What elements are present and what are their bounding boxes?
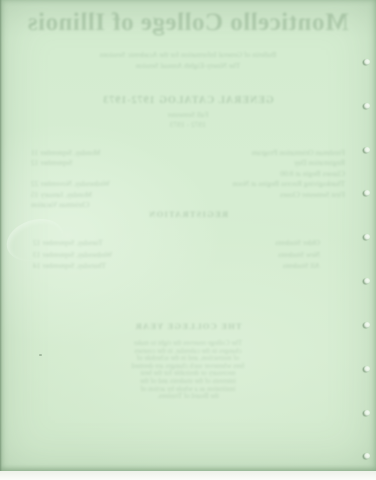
- ghost-info-row: New Students Wednesday, September 13: [33, 249, 320, 261]
- ghost-calendar-row: Classes Begin at 8:00: [31, 169, 345, 179]
- ghost-paragraph: The College reserves the right to make c…: [100, 340, 276, 401]
- ghost-section-heading-college-year: THE COLLEGE YEAR: [0, 321, 376, 331]
- ghost-section-heading-registration: REGISTRATION: [0, 209, 376, 219]
- binding-hole: [364, 410, 370, 416]
- ghost-calendar-value: Monday, September 11: [31, 148, 100, 158]
- ghost-paragraph-line: fees whenever such changes are deemed: [100, 363, 276, 371]
- ghost-calendar-label: Freshman Orientation Program: [252, 148, 345, 158]
- ghost-info-label: Older Students: [275, 237, 320, 249]
- ghost-info-row: Older Students Tuesday, September 12: [33, 237, 320, 249]
- ghost-info-row: All Students Thursday, September 14: [33, 260, 320, 272]
- binding-hole: [364, 366, 370, 372]
- ghost-catalog-subline-1: Fall Semester: [0, 110, 376, 119]
- ghost-info-value: Thursday, September 14: [33, 260, 106, 272]
- ghost-catalog-subline-2: 1972 - 1973: [0, 120, 376, 129]
- ghost-paragraph-line: the Board of Trustees.: [100, 393, 276, 401]
- ghost-calendar-row: Thanksgiving Recess Begins at Noon Wedne…: [31, 179, 345, 189]
- ghost-calendar-row: First Semester Closes Monday, January 15: [31, 190, 345, 200]
- ghost-calendar-label: First Semester Closes: [280, 190, 345, 200]
- ghost-info-label: All Students: [283, 260, 320, 272]
- ghost-calendar-label: Registration Day: [294, 158, 345, 168]
- ghost-subtitle-line-1: Bulletin of General Information for the …: [0, 50, 376, 59]
- ghost-calendar-value: Christmas Vacation: [31, 200, 89, 210]
- binding-hole: [364, 59, 370, 65]
- binding-hole: [364, 190, 370, 196]
- ghost-calendar-row: Freshman Orientation Program Monday, Sep…: [31, 148, 345, 158]
- ghost-calendar-label: Classes Begin at 8:00: [280, 169, 345, 179]
- paper-crease: [1, 212, 69, 268]
- ghost-paragraph-line: interests of the students and of the: [100, 378, 276, 386]
- binding-hole: [364, 103, 370, 109]
- paper-sheet: Monticello College of Illinois Bulletin …: [0, 0, 376, 471]
- ghost-paragraph-line: of instruction, and in the schedule of: [100, 355, 276, 363]
- paper-speck: [39, 354, 42, 356]
- ghost-calendar-value: September 12: [31, 158, 72, 168]
- binding-hole: [364, 147, 370, 153]
- binding-hole: [364, 234, 370, 240]
- ghost-calendar-row: Christmas Vacation: [31, 200, 345, 210]
- ghost-info-label: New Students: [278, 249, 320, 261]
- paper-left-edge-shadow: [0, 0, 2, 471]
- binding-hole: [364, 453, 370, 459]
- ghost-catalog-heading: GENERAL CATALOG 1972-1973: [0, 95, 376, 106]
- binding-hole: [364, 278, 370, 284]
- ghost-paragraph-line: The College reserves the right to make: [100, 340, 276, 348]
- ghost-subtitle-line-2: The Ninety-Eighth Annual Session: [0, 61, 376, 70]
- ghost-calendar-row: Registration Day September 12: [31, 158, 345, 168]
- binding-hole: [364, 322, 370, 328]
- ghost-paragraph-line: institution as a whole by action of: [100, 386, 276, 394]
- ghost-calendar-value: Wednesday, November 22: [31, 179, 110, 189]
- scanner-background-strip: [0, 471, 376, 480]
- ghost-paragraph-line: changes in the calendar, in the courses: [100, 348, 276, 356]
- ghost-title: Monticello College of Illinois: [0, 9, 376, 37]
- ghost-info-table: Older Students Tuesday, September 12 New…: [33, 237, 320, 272]
- scanned-page: Monticello College of Illinois Bulletin …: [0, 0, 376, 480]
- ghost-calendar-table: Freshman Orientation Program Monday, Sep…: [31, 148, 345, 210]
- ghost-paragraph-line: necessary or desirable for the best: [100, 370, 276, 378]
- ghost-calendar-label: Thanksgiving Recess Begins at Noon: [233, 179, 346, 189]
- ghost-calendar-value: Monday, January 15: [31, 190, 92, 200]
